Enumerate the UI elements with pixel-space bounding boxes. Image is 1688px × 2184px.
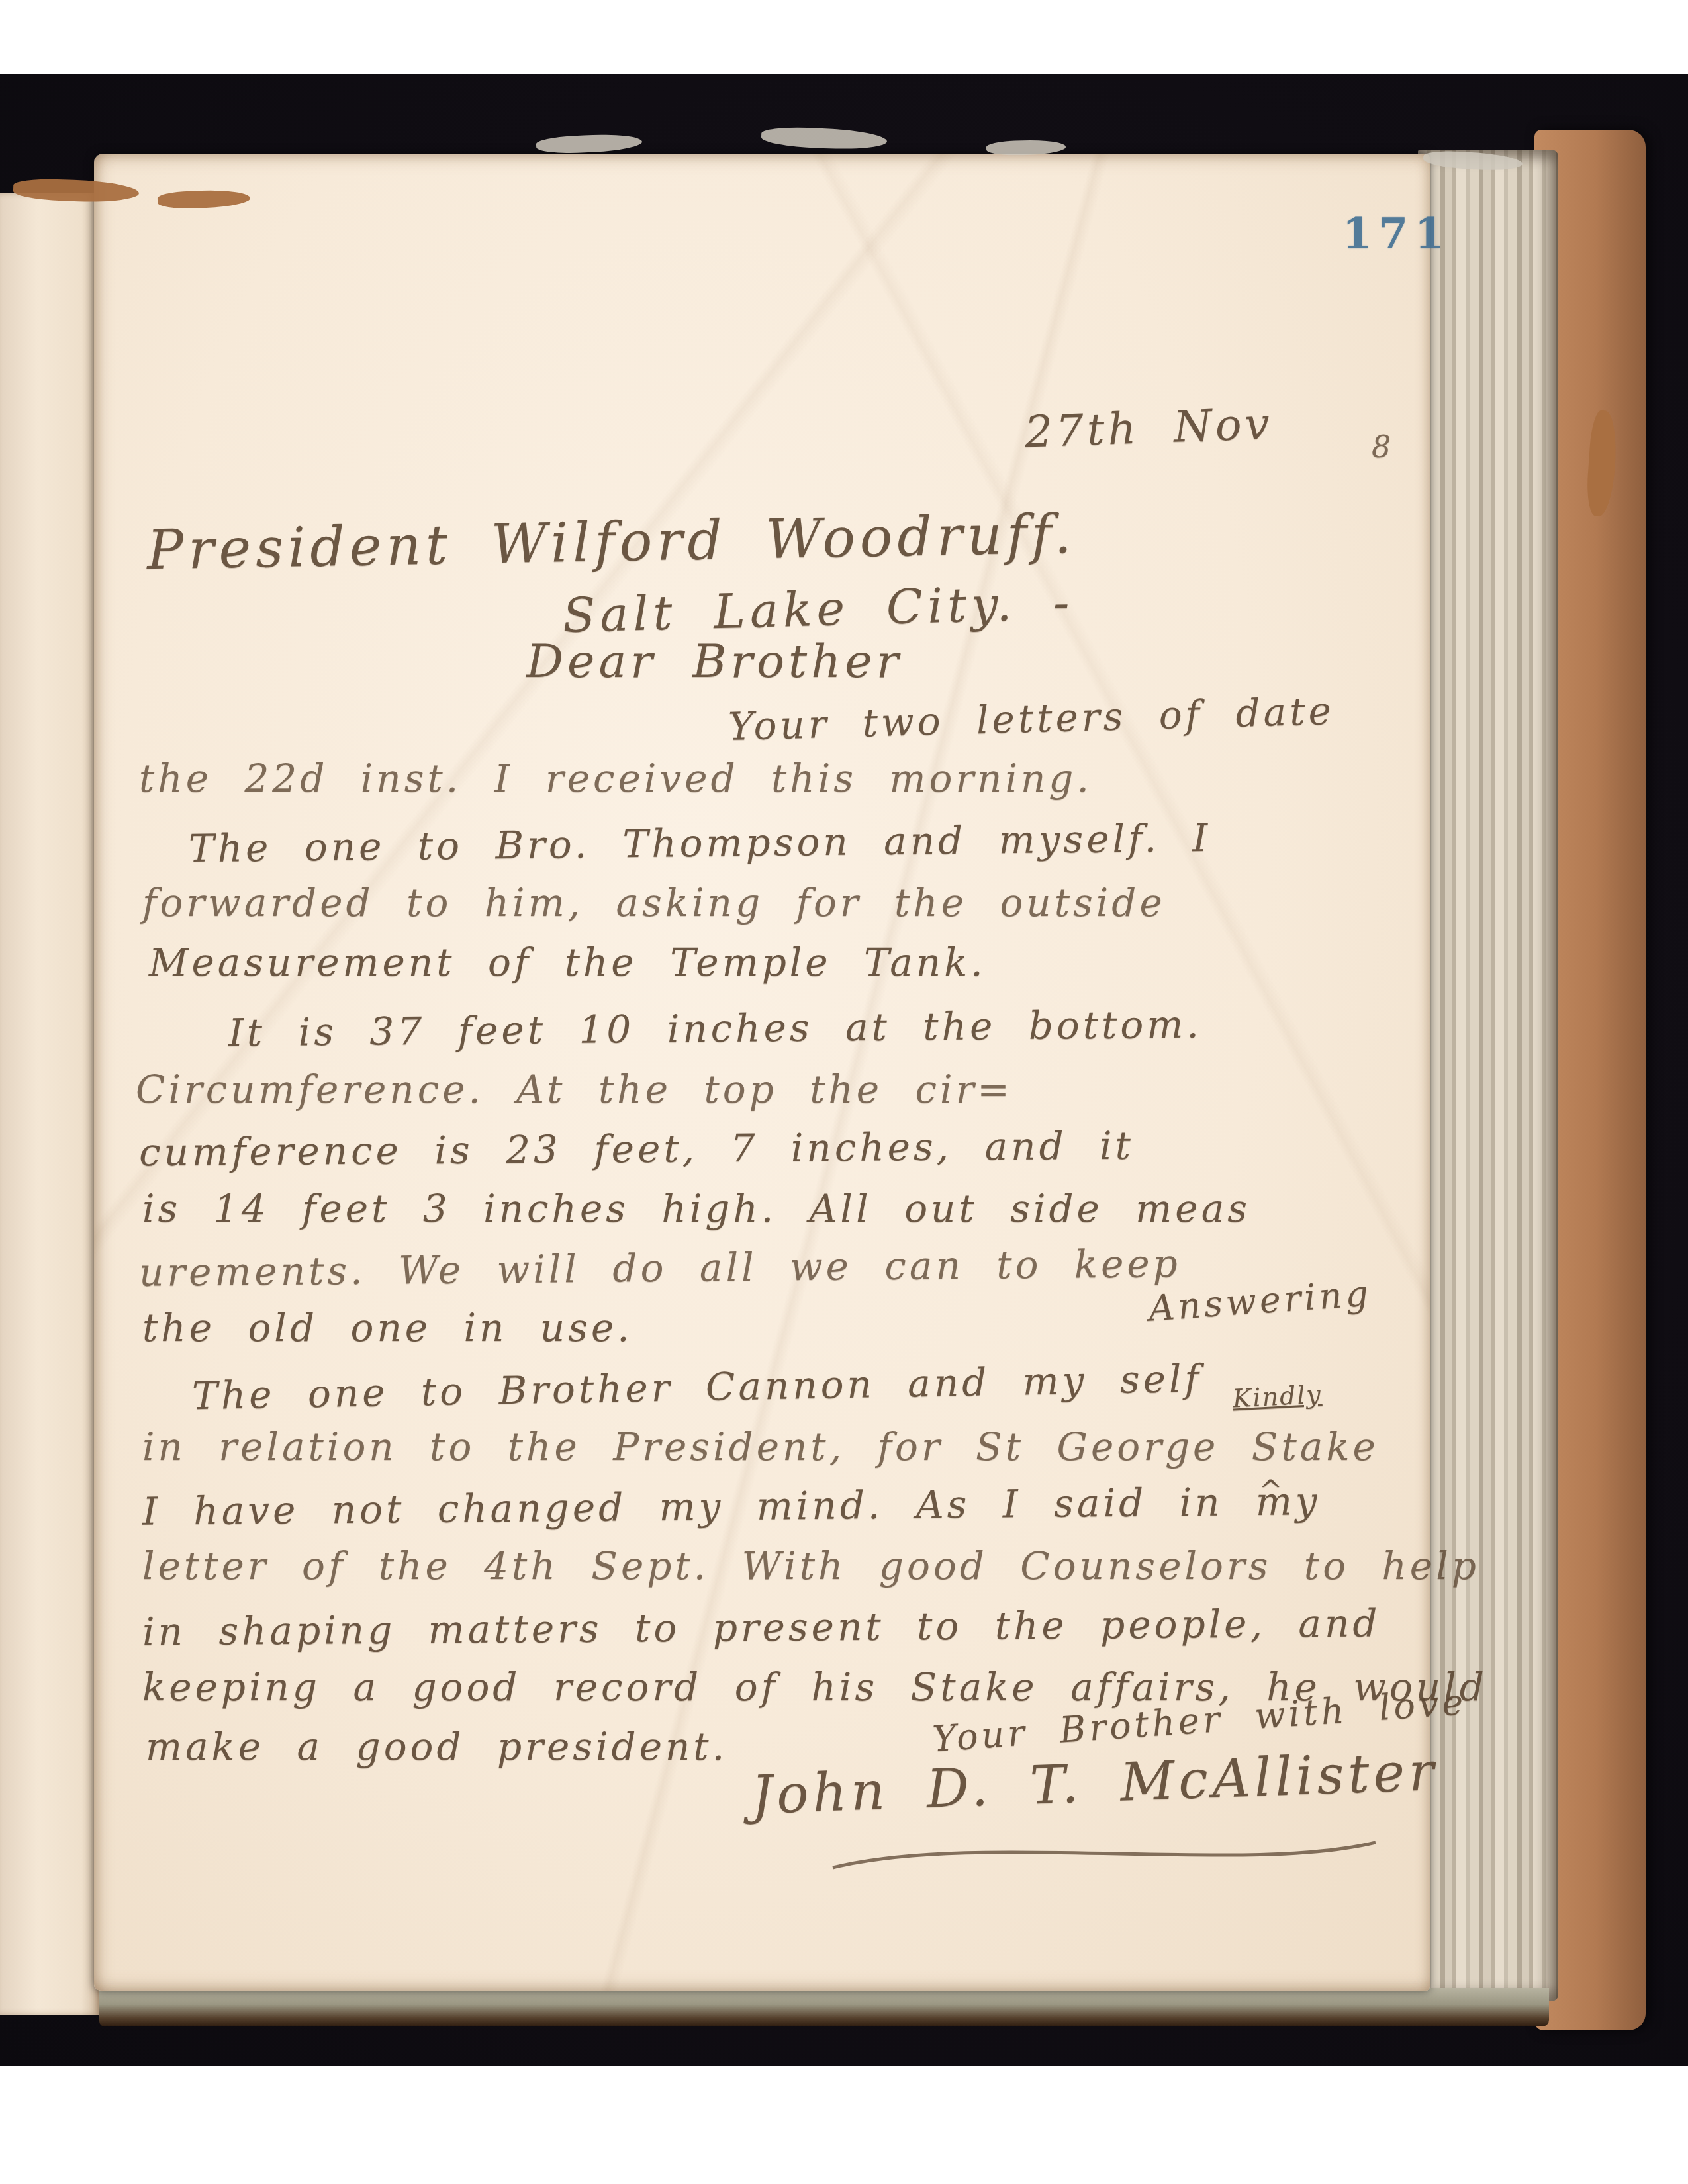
scanned-letter-page: 171 27th Nov 8 President Wilford Woodruf…: [0, 0, 1688, 2184]
body-line: It is 37 feet 10 inches at the bottom.: [228, 1002, 1202, 1056]
body-line: letter of the 4th Sept. With good Counse…: [142, 1543, 1479, 1588]
body-line: make a good president.: [146, 1724, 727, 1769]
letter-date: 27th Nov: [1024, 398, 1274, 457]
body-line: the 22d inst. I received this morning.: [139, 756, 1092, 801]
page-stack-bottom-edge: [99, 1988, 1549, 2026]
body-line: Circumference. At the top the cir=: [136, 1067, 1013, 1112]
page-number-stamp: 171: [1342, 209, 1451, 259]
body-line: forwarded to him, asking for the outside: [142, 880, 1166, 925]
salutation: Dear Brother: [526, 634, 902, 688]
body-line: the old one in use.: [142, 1305, 633, 1350]
body-line: Measurement of the Temple Tank.: [149, 940, 986, 985]
insertion-word: Kindly: [1232, 1379, 1323, 1413]
signature-flourish: [821, 1821, 1390, 1881]
body-line: is 14 feet 3 inches high. All out side m…: [142, 1186, 1250, 1231]
page-stack-left-edge: [0, 193, 99, 2015]
body-line: cumference is 23 feet, 7 inches, and it: [139, 1123, 1134, 1175]
body-line: urements. We will do all we can to keep: [139, 1241, 1181, 1295]
letter-date-mark: 8: [1372, 429, 1394, 465]
body-line: in relation to the President, for St Geo…: [142, 1424, 1379, 1469]
body-line: in shaping matters to present to the peo…: [142, 1600, 1381, 1654]
